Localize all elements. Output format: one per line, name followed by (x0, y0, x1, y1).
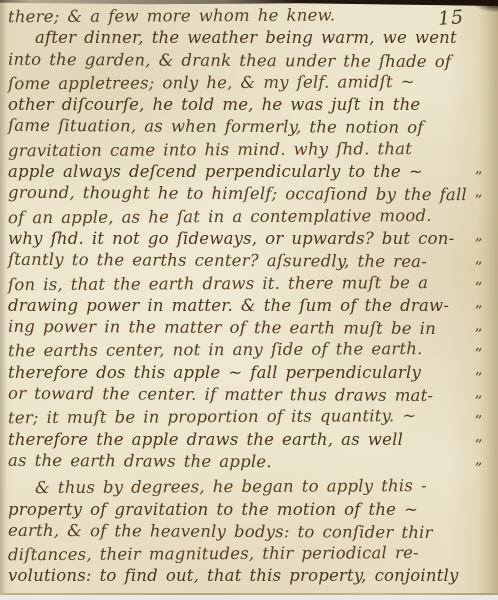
manuscript-line: ſon is, that the earth draws it. there m… (8, 271, 476, 296)
manuscript-line: earth, & of the heavenly bodys: to conſi… (8, 520, 476, 545)
manuscript-line: therefore the apple draws the earth, as … (8, 429, 476, 451)
manuscript-line: gravitation came into his mind. why ſhd.… (8, 138, 476, 163)
manuscript-line: drawing power in matter. & the ſum of th… (8, 295, 476, 317)
manuscript-line: ground, thought he to himſelf; occaſiond… (8, 182, 476, 207)
line-text: or toward the center. if matter thus dra… (8, 384, 433, 405)
line-text: of an apple, as he ſat in a contemplativ… (8, 206, 432, 227)
line-text: as the earth draws the apple. (8, 451, 272, 471)
line-text: diſtances, their magnitudes, thir period… (8, 543, 419, 564)
line-text: therefore the apple draws the earth, as … (8, 430, 403, 449)
manuscript-line: & thus by degrees, he began to apply thi… (8, 475, 476, 500)
line-text: earth, & of the heavenly bodys: to conſi… (8, 521, 433, 542)
manuscript-line: ing power in the matter of the earth muſ… (8, 316, 476, 341)
line-text: apple always deſcend perpendicularly to … (8, 162, 423, 181)
line-text: ſon is, that the earth draws it. there m… (8, 273, 428, 294)
manuscript-line: ter; it muſt be in proportion of its qua… (8, 405, 476, 430)
manuscript-line: into the garden, & drank thea under the … (8, 48, 476, 73)
line-text: & thus by degrees, he began to apply thi… (35, 476, 427, 497)
manuscript-line: or toward the center. if matter thus dra… (8, 383, 476, 408)
manuscript-line: after dinner, the weather being warm, we… (8, 27, 476, 49)
line-text: after dinner, the weather being warm, we… (35, 28, 457, 47)
manuscript-line: property of gravitation to the motion of… (8, 499, 476, 521)
line-text: ſame ſituation, as when formerly, the no… (8, 116, 424, 137)
manuscript-line: apple always deſcend perpendicularly to … (8, 161, 476, 183)
left-edge-shadow (0, 0, 7, 600)
manuscript-line: of an apple, as he ſat in a contemplativ… (8, 204, 476, 229)
manuscript-line: volutions: to find out, that this proper… (8, 565, 476, 587)
line-text: gravitation came into his mind. why ſhd.… (8, 139, 412, 160)
manuscript-line: ſome appletrees; only he, & my ſelf. ami… (8, 71, 476, 96)
line-text: there; & a few more whom he knew. (8, 6, 335, 27)
line-text: the earths center, not in any ſide of th… (8, 340, 423, 361)
manuscript-line: diſtances, their magnitudes, thir period… (8, 542, 476, 567)
line-text: ſtantly to the earths center? aſsuredly,… (8, 250, 427, 271)
manuscript-line: ſame ſituation, as when formerly, the no… (8, 115, 476, 140)
line-text: ter; it muſt be in proportion of its qua… (8, 406, 416, 427)
line-text: property of gravitation to the motion of… (8, 500, 418, 519)
line-text: ing power in the matter of the earth muſ… (8, 317, 436, 338)
line-text: therefore dos this apple ~ fall perpendi… (8, 363, 421, 382)
manuscript-line: the earths center, not in any ſide of th… (8, 338, 476, 363)
line-text: drawing power in matter. & the ſum of th… (8, 296, 449, 315)
manuscript-line: ſtantly to the earths center? aſsuredly,… (8, 249, 476, 274)
line-text: ground, thought he to himſelf; occaſiond… (8, 183, 467, 204)
manuscript-line: why ſhd. it not go ſideways, or upwards?… (8, 228, 476, 250)
line-text: why ſhd. it not go ſideways, or upwards?… (8, 229, 454, 248)
manuscript-line: therefore dos this apple ~ fall perpendi… (8, 362, 476, 384)
manuscript-line: there; & a few more whom he knew. (8, 4, 476, 29)
line-text: volutions: to find out, that this proper… (8, 566, 459, 585)
manuscript-line: other diſcourſe, he told me, he was juſt… (8, 94, 476, 116)
line-text: other diſcourſe, he told me, he was juſt… (8, 95, 420, 114)
manuscript-photo: 15 there; & a few more whom he knew.afte… (0, 0, 498, 600)
text-block: there; & a few more whom he knew.after d… (8, 5, 476, 588)
manuscript-line: as the earth draws the apple.” (8, 450, 476, 475)
line-text: ſome appletrees; only he, & my ſelf. ami… (8, 72, 415, 93)
surface-below-page (0, 595, 498, 600)
line-text: into the garden, & drank thea under the … (8, 49, 451, 70)
